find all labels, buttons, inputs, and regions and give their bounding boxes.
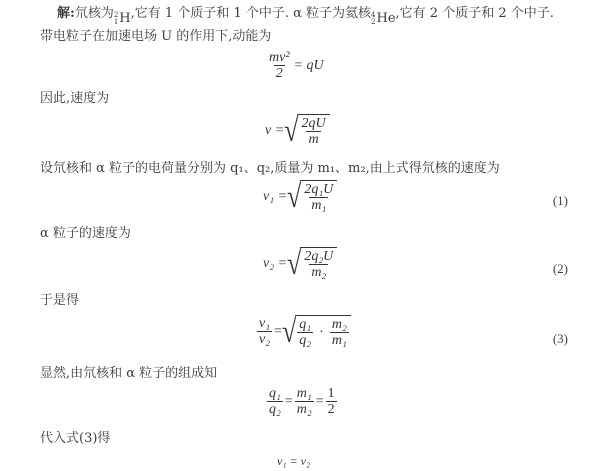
radical-sign: √ bbox=[287, 180, 301, 213]
equation-tag-1: (1) bbox=[553, 193, 568, 209]
solution-intro: 解:氘核为21H,它有 1 个质子和 1 个中子. α 粒子为氦核42He,它有… bbox=[57, 6, 554, 27]
sqrt: √2q₂Um₂ bbox=[287, 247, 337, 280]
denominator: m₂ bbox=[309, 264, 328, 280]
fraction: mv²2 bbox=[267, 50, 292, 81]
paragraph-obviously: 显然,由氘核和 α 粒子的组成知 bbox=[40, 366, 217, 382]
text: 氘核为 bbox=[75, 6, 114, 21]
equals: = bbox=[316, 394, 324, 410]
paragraph-alpha-velocity: α 粒子的速度为 bbox=[40, 226, 131, 242]
denominator: m₁ bbox=[330, 332, 349, 348]
denominator: 2 bbox=[274, 65, 285, 81]
denominator: m₂ bbox=[295, 401, 314, 417]
numerator: q₁ bbox=[297, 317, 313, 332]
equals: = bbox=[274, 324, 282, 340]
radical-sign: √ bbox=[282, 315, 296, 348]
numerator: 2q₂U bbox=[302, 249, 335, 264]
radical-sign: √ bbox=[284, 114, 298, 147]
solution-label: 解: bbox=[57, 6, 75, 21]
numerator: m₁ bbox=[295, 386, 314, 401]
sqrt: √2q₁Um₁ bbox=[287, 180, 337, 213]
equation-charge-mass-ratio: q₁q₂ = m₁m₂ = 12 bbox=[265, 386, 339, 417]
numerator: m₂ bbox=[330, 317, 349, 332]
numerator: 2q₁U bbox=[302, 182, 335, 197]
numerator: q₁ bbox=[267, 386, 283, 401]
rhs: = qU bbox=[294, 58, 324, 74]
denominator: q₂ bbox=[267, 401, 283, 417]
sqrt: √ q₁q₂ · m₂m₁ bbox=[282, 315, 351, 348]
charge-number: 2 bbox=[371, 19, 375, 26]
equation-velocity: v = √2qUm bbox=[265, 114, 330, 147]
charge-number: 1 bbox=[114, 19, 118, 26]
numerator: 2qU bbox=[299, 116, 327, 131]
lhs: v₁ = bbox=[263, 189, 287, 205]
equation-ratio: v₁v₂ = √ q₁q₂ · m₂m₁ bbox=[255, 315, 351, 348]
denominator: m₁ bbox=[309, 197, 328, 213]
denominator: m bbox=[306, 131, 320, 147]
equals: = bbox=[285, 394, 293, 410]
deuterium-symbol: 21H bbox=[114, 11, 131, 27]
lhs: v₂ = bbox=[263, 256, 287, 272]
denominator: 2 bbox=[326, 401, 337, 417]
text: ,它有 2 个质子和 2 个中子. bbox=[396, 6, 554, 21]
equation-tag-2: (2) bbox=[553, 261, 568, 277]
equation-v1: v₁ = √2q₁Um₁ bbox=[263, 180, 337, 213]
paragraph-thus: 于是得 bbox=[40, 293, 79, 309]
denominator: q₂ bbox=[297, 332, 313, 348]
element-symbol: H bbox=[119, 11, 130, 27]
paragraph-substitute: 代入式(3)得 bbox=[40, 431, 110, 447]
numerator: mv² bbox=[267, 50, 292, 65]
radical-sign: √ bbox=[287, 247, 301, 280]
lhs: v = bbox=[265, 123, 284, 139]
equation-v2: v₂ = √2q₂Um₂ bbox=[263, 247, 337, 280]
numerator: v₁ bbox=[257, 316, 272, 331]
dot: · bbox=[319, 325, 324, 341]
helium-symbol: 42He bbox=[371, 11, 396, 27]
equation-tag-3: (3) bbox=[553, 331, 568, 347]
text: ,它有 1 个质子和 1 个中子. α 粒子为氦核 bbox=[131, 6, 371, 21]
equation-kinetic-energy: mv²2 = qU bbox=[265, 50, 324, 81]
paragraph-therefore: 因此,速度为 bbox=[40, 91, 109, 107]
sqrt: √2qUm bbox=[284, 114, 329, 147]
numerator: 1 bbox=[326, 386, 337, 401]
denominator: v₂ bbox=[257, 331, 272, 347]
element-symbol: He bbox=[377, 11, 396, 27]
paragraph-energy: 带电粒子在加速电场 U 的作用下,动能为 bbox=[40, 29, 271, 45]
equation-final: v₁ = v₂ bbox=[277, 454, 310, 469]
paragraph-define: 设氘核和 α 粒子的电荷量分别为 q₁、q₂,质量为 m₁、m₂,由上式得氘核的… bbox=[40, 161, 500, 177]
